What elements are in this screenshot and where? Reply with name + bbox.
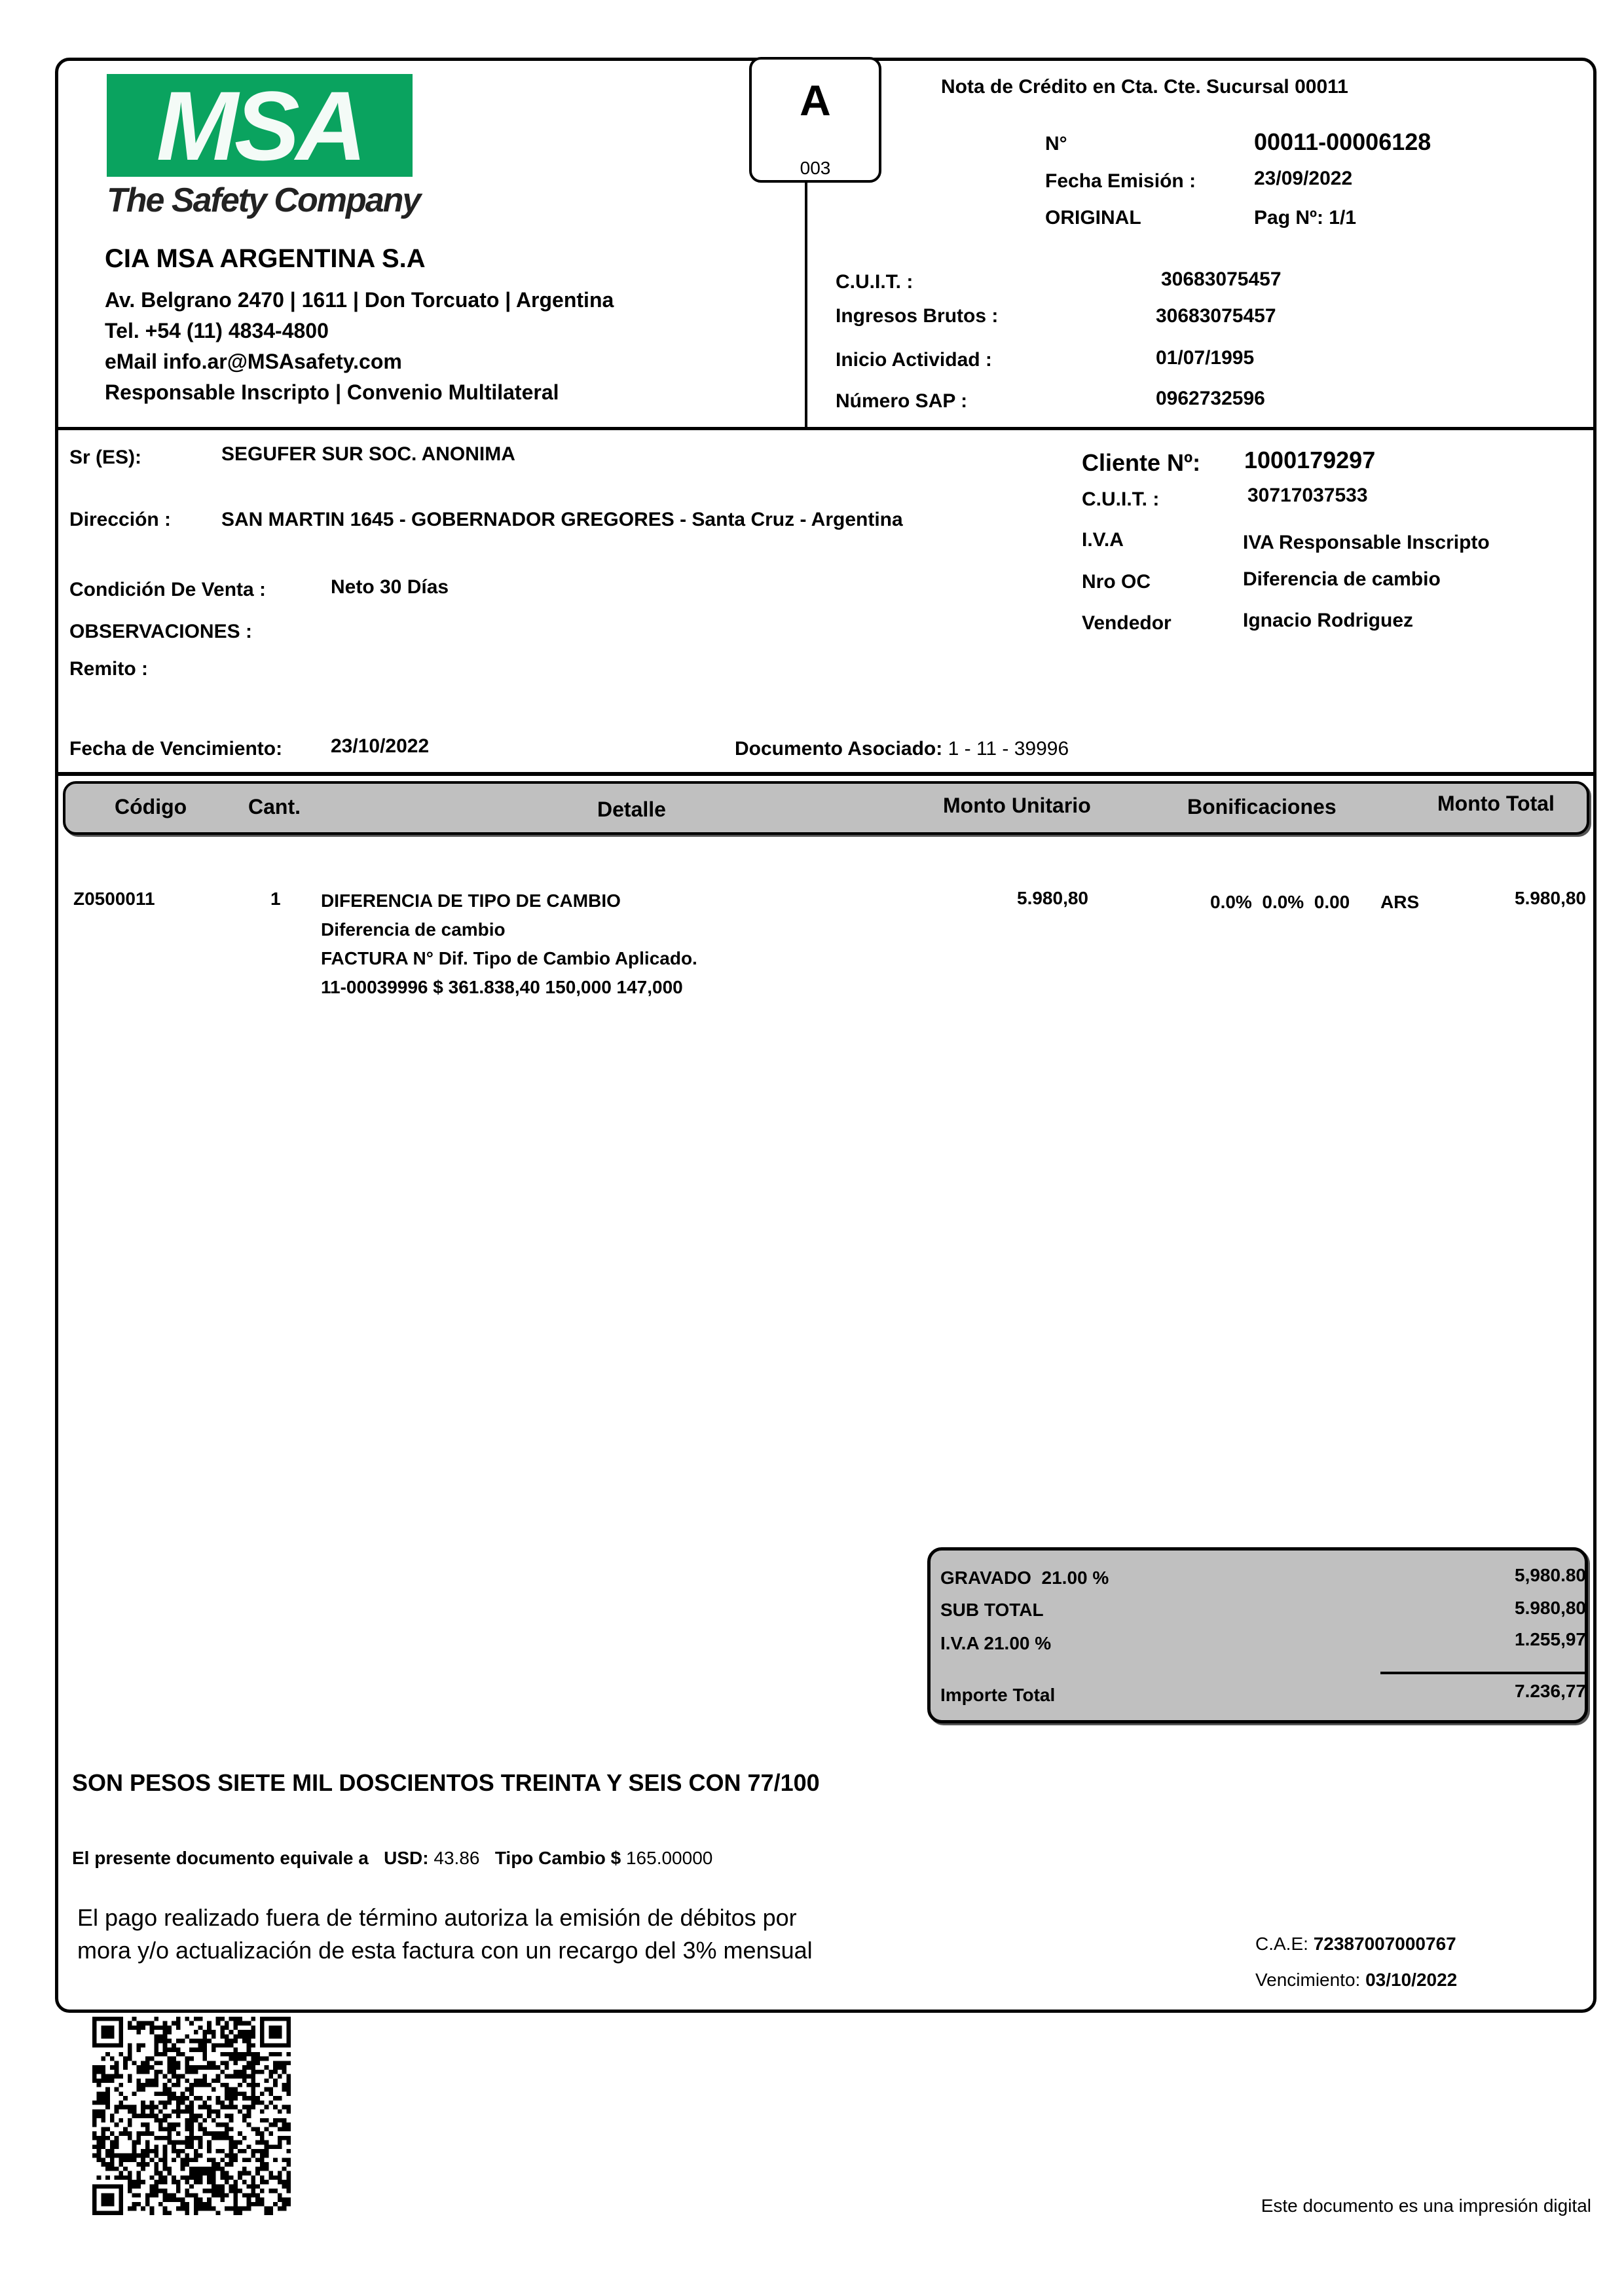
sale-condition: Neto 30 Días xyxy=(331,576,449,598)
cae-label: C.A.E: xyxy=(1255,1934,1308,1954)
client-cuit: 30717037533 xyxy=(1247,485,1368,507)
usd-equivalence: El presente documento equivale a USD: 43… xyxy=(72,1848,712,1869)
iibb-value: 30683075457 xyxy=(1156,305,1276,327)
sale-condition-label: Condición De Venta : xyxy=(69,579,266,601)
subtotal-label: SUB TOTAL xyxy=(940,1600,1044,1621)
col-header-detail: Detalle xyxy=(597,798,666,822)
cae-value: 72387007000767 xyxy=(1314,1934,1456,1954)
document-title: Nota de Crédito en Cta. Cte. Sucursal 00… xyxy=(941,76,1348,98)
row-discounts: 0.0% 0.0% 0.00 xyxy=(1210,892,1350,913)
digital-print-note: Este documento es una impresión digital xyxy=(1261,2195,1591,2216)
page-number: Pag Nº: 1/1 xyxy=(1254,207,1356,229)
emission-date: 23/09/2022 xyxy=(1254,168,1352,190)
logo-tagline: The Safety Company xyxy=(107,181,420,220)
client-iva-label: I.V.A xyxy=(1082,529,1124,551)
issuer-cuit: 30683075457 xyxy=(1161,268,1282,291)
row-detail-line-1: DIFERENCIA DE TIPO DE CAMBIO xyxy=(321,890,621,911)
copy-type: ORIGINAL xyxy=(1045,207,1141,229)
total-rule xyxy=(1380,1672,1585,1674)
iibb-label: Ingresos Brutos : xyxy=(836,305,998,327)
header-divider xyxy=(805,180,807,429)
late-payment-line-2: mora y/o actualización de esta factura c… xyxy=(77,1937,813,1964)
seller-value: Ignacio Rodriguez xyxy=(1243,610,1413,632)
customer-address: SAN MARTIN 1645 - GOBERNADOR GREGORES - … xyxy=(221,509,903,531)
late-payment-line-1: El pago realizado fuera de término autor… xyxy=(77,1904,797,1932)
iva-label: I.V.A 21.00 % xyxy=(940,1633,1051,1654)
cae-due: Vencimiento: 03/10/2022 xyxy=(1255,1970,1457,1991)
row-detail-line-2: Diferencia de cambio xyxy=(321,919,506,940)
doc-type-letter: A xyxy=(752,75,879,125)
customer-name-label: Sr (ES): xyxy=(69,447,141,469)
col-header-discounts: Bonificaciones xyxy=(1187,795,1337,819)
afip-qr-code[interactable] xyxy=(92,2017,291,2215)
msa-logo: MSA xyxy=(107,74,413,177)
row-currency: ARS xyxy=(1380,892,1419,913)
col-header-qty: Cant. xyxy=(248,795,301,819)
equiv-label: El presente documento equivale a xyxy=(72,1848,369,1868)
gravado-value: 5,980.80 xyxy=(1515,1565,1586,1586)
due-date: 23/10/2022 xyxy=(331,735,429,758)
cae-due-value: 03/10/2022 xyxy=(1365,1970,1457,1990)
sap-label: Número SAP : xyxy=(836,390,967,413)
total-label: Importe Total xyxy=(940,1685,1055,1706)
row-unit-price: 5.980,80 xyxy=(1017,888,1088,909)
associated-doc-label: Documento Asociado: xyxy=(735,738,942,760)
due-date-label: Fecha de Vencimiento: xyxy=(69,738,282,760)
customer-name: SEGUFER SUR SOC. ANONIMA xyxy=(221,443,515,466)
emission-date-label: Fecha Emisión : xyxy=(1045,170,1196,193)
issuer-cuit-label: C.U.I.T. : xyxy=(836,271,913,293)
doc-number-label: N° xyxy=(1045,133,1067,155)
client-cuit-label: C.U.I.T. : xyxy=(1082,488,1159,511)
total-value: 7.236,77 xyxy=(1515,1681,1586,1702)
associated-doc-value: 1 - 11 - 39996 xyxy=(948,738,1069,760)
customer-separator xyxy=(55,772,1596,776)
seller-label: Vendedor xyxy=(1082,612,1172,634)
subtotal-value: 5.980,80 xyxy=(1515,1598,1586,1619)
row-detail-line-4: 11-00039996 $ 361.838,40 150,000 147,000 xyxy=(321,977,683,998)
client-number: 1000179297 xyxy=(1244,447,1375,474)
oc-label: Nro OC xyxy=(1082,571,1151,593)
iva-value: 1.255,97 xyxy=(1515,1629,1586,1650)
doc-type-code: 003 xyxy=(752,158,879,179)
amount-in-words: SON PESOS SIETE MIL DOSCIENTOS TREINTA Y… xyxy=(72,1769,820,1797)
associated-document: Documento Asociado: 1 - 11 - 39996 xyxy=(735,738,1069,760)
client-iva: IVA Responsable Inscripto xyxy=(1243,532,1490,554)
inicio-value: 01/07/1995 xyxy=(1156,347,1254,369)
issuer-phone: Tel. +54 (11) 4834-4800 xyxy=(105,319,329,343)
gravado-label: GRAVADO 21.00 % xyxy=(940,1568,1109,1588)
row-total: 5.980,80 xyxy=(1515,888,1586,909)
doc-number: 00011-00006128 xyxy=(1254,128,1431,156)
usd-label: USD: xyxy=(384,1848,428,1868)
client-number-label: Cliente Nº: xyxy=(1082,449,1200,477)
oc-value: Diferencia de cambio xyxy=(1243,568,1441,591)
customer-address-label: Dirección : xyxy=(69,509,171,531)
issuer-name: CIA MSA ARGENTINA S.A xyxy=(105,244,426,274)
logo-text: MSA xyxy=(107,74,413,177)
row-code: Z0500011 xyxy=(73,889,155,909)
inicio-label: Inicio Actividad : xyxy=(836,349,992,371)
col-header-code: Código xyxy=(115,795,187,819)
issuer-tax-status: Responsable Inscripto | Convenio Multila… xyxy=(105,380,559,405)
cae: C.A.E: 72387007000767 xyxy=(1255,1934,1456,1955)
usd-value: 43.86 xyxy=(434,1848,479,1868)
col-header-unit: Monto Unitario xyxy=(943,794,1091,818)
row-detail-line-3: FACTURA N° Dif. Tipo de Cambio Aplicado. xyxy=(321,948,697,969)
issuer-email: eMail info.ar@MSAsafety.com xyxy=(105,350,402,374)
rate-value: 165.00000 xyxy=(626,1848,712,1868)
observations-label: OBSERVACIONES : xyxy=(69,621,252,643)
col-header-total: Monto Total xyxy=(1437,792,1555,816)
sap-value: 0962732596 xyxy=(1156,388,1265,410)
header-separator xyxy=(55,427,1596,430)
issuer-address: Av. Belgrano 2470 | 1611 | Don Torcuato … xyxy=(105,288,614,312)
row-qty: 1 xyxy=(270,889,281,909)
cae-due-label: Vencimiento: xyxy=(1255,1970,1360,1990)
rate-label: Tipo Cambio $ xyxy=(495,1848,621,1868)
remito-label: Remito : xyxy=(69,658,148,680)
doc-type-box: A 003 xyxy=(749,57,881,183)
